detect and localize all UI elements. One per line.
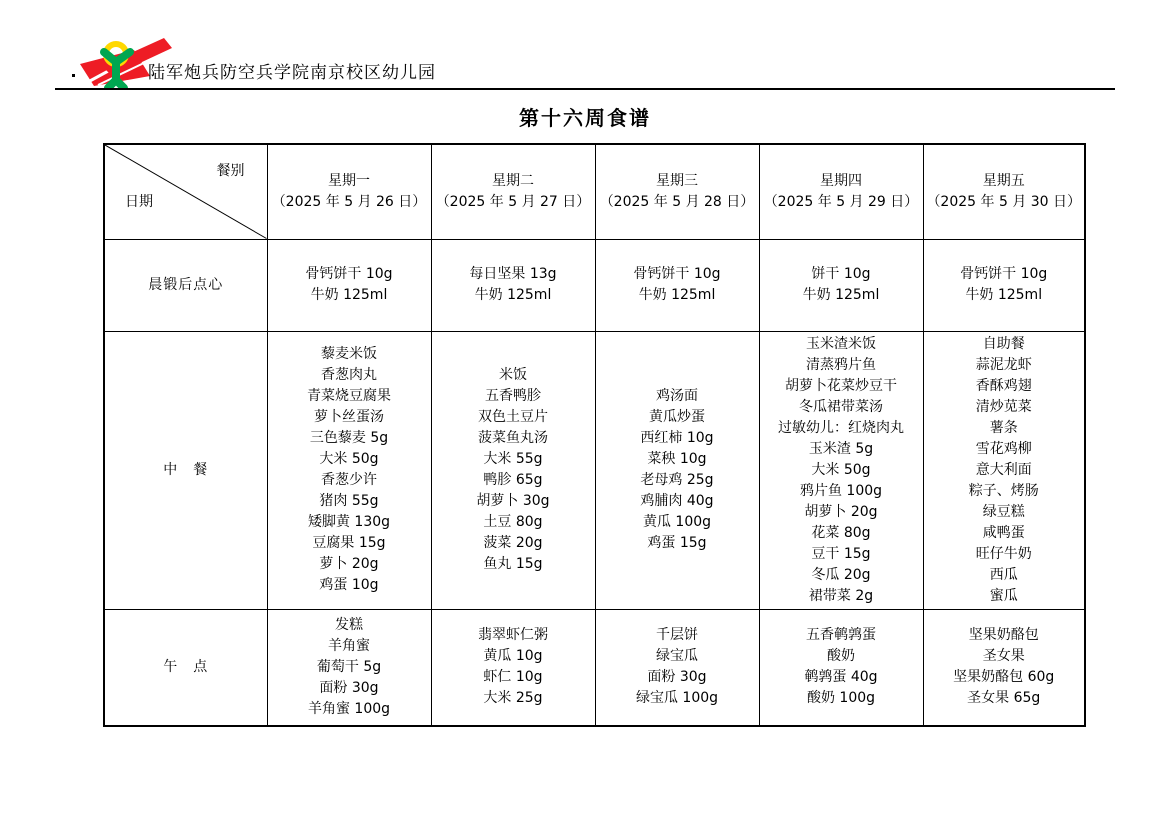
row-morning-snack: 晨锻后点心 骨钙饼干 10g 牛奶 125ml 每日坚果 13g 牛奶 125m… xyxy=(104,239,1085,331)
menu-cell-monday-lunch: 藜麦米饭 香葱肉丸 青菜烧豆腐果 萝卜丝蛋汤 三色藜麦 5g 大米 50g 香葱… xyxy=(267,331,431,609)
row-afternoon-snack: 午 点 发糕 羊角蜜 葡萄干 5g 面粉 30g 羊角蜜 100g 翡翠虾仁粥 … xyxy=(104,609,1085,726)
day-header-thursday: 星期四 （2025 年 5 月 29 日） xyxy=(759,144,923,239)
corner-label-meal: 餐别 xyxy=(217,161,245,182)
menu-cell-wednesday-pm: 千层饼 绿宝瓜 面粉 30g 绿宝瓜 100g xyxy=(595,609,759,726)
menu-cell-tuesday-pm: 翡翠虾仁粥 黄瓜 10g 虾仁 10g 大米 25g xyxy=(431,609,595,726)
row-label-lunch: 中 餐 xyxy=(104,331,267,609)
weekly-menu-table: 餐别 日期 星期一 （2025 年 5 月 26 日） 星期二 （2025 年 … xyxy=(103,143,1086,727)
table-header-row: 餐别 日期 星期一 （2025 年 5 月 26 日） 星期二 （2025 年 … xyxy=(104,144,1085,239)
menu-cell-thursday-pm: 五香鹌鹑蛋 酸奶 鹌鹑蛋 40g 酸奶 100g xyxy=(759,609,923,726)
day-date: （2025 年 5 月 26 日） xyxy=(270,192,429,213)
day-name: 星期二 xyxy=(434,171,593,192)
corner-cell: 餐别 日期 xyxy=(104,144,267,239)
menu-cell-wednesday-lunch: 鸡汤面 黄瓜炒蛋 西红柿 10g 菜秧 10g 老母鸡 25g 鸡脯肉 40g … xyxy=(595,331,759,609)
day-date: （2025 年 5 月 28 日） xyxy=(598,192,757,213)
menu-cell-monday-pm: 发糕 羊角蜜 葡萄干 5g 面粉 30g 羊角蜜 100g xyxy=(267,609,431,726)
menu-cell-friday-pm: 坚果奶酪包 圣女果 坚果奶酪包 60g 圣女果 65g xyxy=(923,609,1085,726)
page-title: 第十六周食谱 xyxy=(0,102,1170,131)
letterhead-divider xyxy=(55,88,1115,90)
day-date: （2025 年 5 月 30 日） xyxy=(926,192,1083,213)
menu-cell-wednesday-snack: 骨钙饼干 10g 牛奶 125ml xyxy=(595,239,759,331)
menu-cell-tuesday-lunch: 米饭 五香鸭胗 双色土豆片 菠菜鱼丸汤 大米 55g 鸭胗 65g 胡萝卜 30… xyxy=(431,331,595,609)
row-label-afternoon-snack: 午 点 xyxy=(104,609,267,726)
menu-cell-friday-snack: 骨钙饼干 10g 牛奶 125ml xyxy=(923,239,1085,331)
day-name: 星期三 xyxy=(598,171,757,192)
day-header-friday: 星期五 （2025 年 5 月 30 日） xyxy=(923,144,1085,239)
menu-cell-tuesday-snack: 每日坚果 13g 牛奶 125ml xyxy=(431,239,595,331)
menu-cell-monday-snack: 骨钙饼干 10g 牛奶 125ml xyxy=(267,239,431,331)
menu-cell-thursday-lunch: 玉米渣米饭 清蒸鸦片鱼 胡萝卜花菜炒豆干 冬瓜裙带菜汤 过敏幼儿：红烧肉丸 玉米… xyxy=(759,331,923,609)
day-date: （2025 年 5 月 29 日） xyxy=(762,192,921,213)
day-date: （2025 年 5 月 27 日） xyxy=(434,192,593,213)
day-header-monday: 星期一 （2025 年 5 月 26 日） xyxy=(267,144,431,239)
day-name: 星期四 xyxy=(762,171,921,192)
document-page: 陆军炮兵防空兵学院南京校区幼儿园 第十六周食谱 餐别 日期 星期一 （2025 … xyxy=(0,0,1170,827)
day-header-tuesday: 星期二 （2025 年 5 月 27 日） xyxy=(431,144,595,239)
corner-label-date: 日期 xyxy=(125,192,153,213)
menu-cell-friday-lunch: 自助餐 蒜泥龙虾 香酥鸡翅 清炒苋菜 薯条 雪花鸡柳 意大利面 粽子、烤肠 绿豆… xyxy=(923,331,1085,609)
day-name: 星期五 xyxy=(926,171,1083,192)
day-name: 星期一 xyxy=(270,171,429,192)
row-lunch: 中 餐 藜麦米饭 香葱肉丸 青菜烧豆腐果 萝卜丝蛋汤 三色藜麦 5g 大米 50… xyxy=(104,331,1085,609)
school-name: 陆军炮兵防空兵学院南京校区幼儿园 xyxy=(148,58,436,83)
day-header-wednesday: 星期三 （2025 年 5 月 28 日） xyxy=(595,144,759,239)
menu-cell-thursday-snack: 饼干 10g 牛奶 125ml xyxy=(759,239,923,331)
row-label-morning-snack: 晨锻后点心 xyxy=(104,239,267,331)
